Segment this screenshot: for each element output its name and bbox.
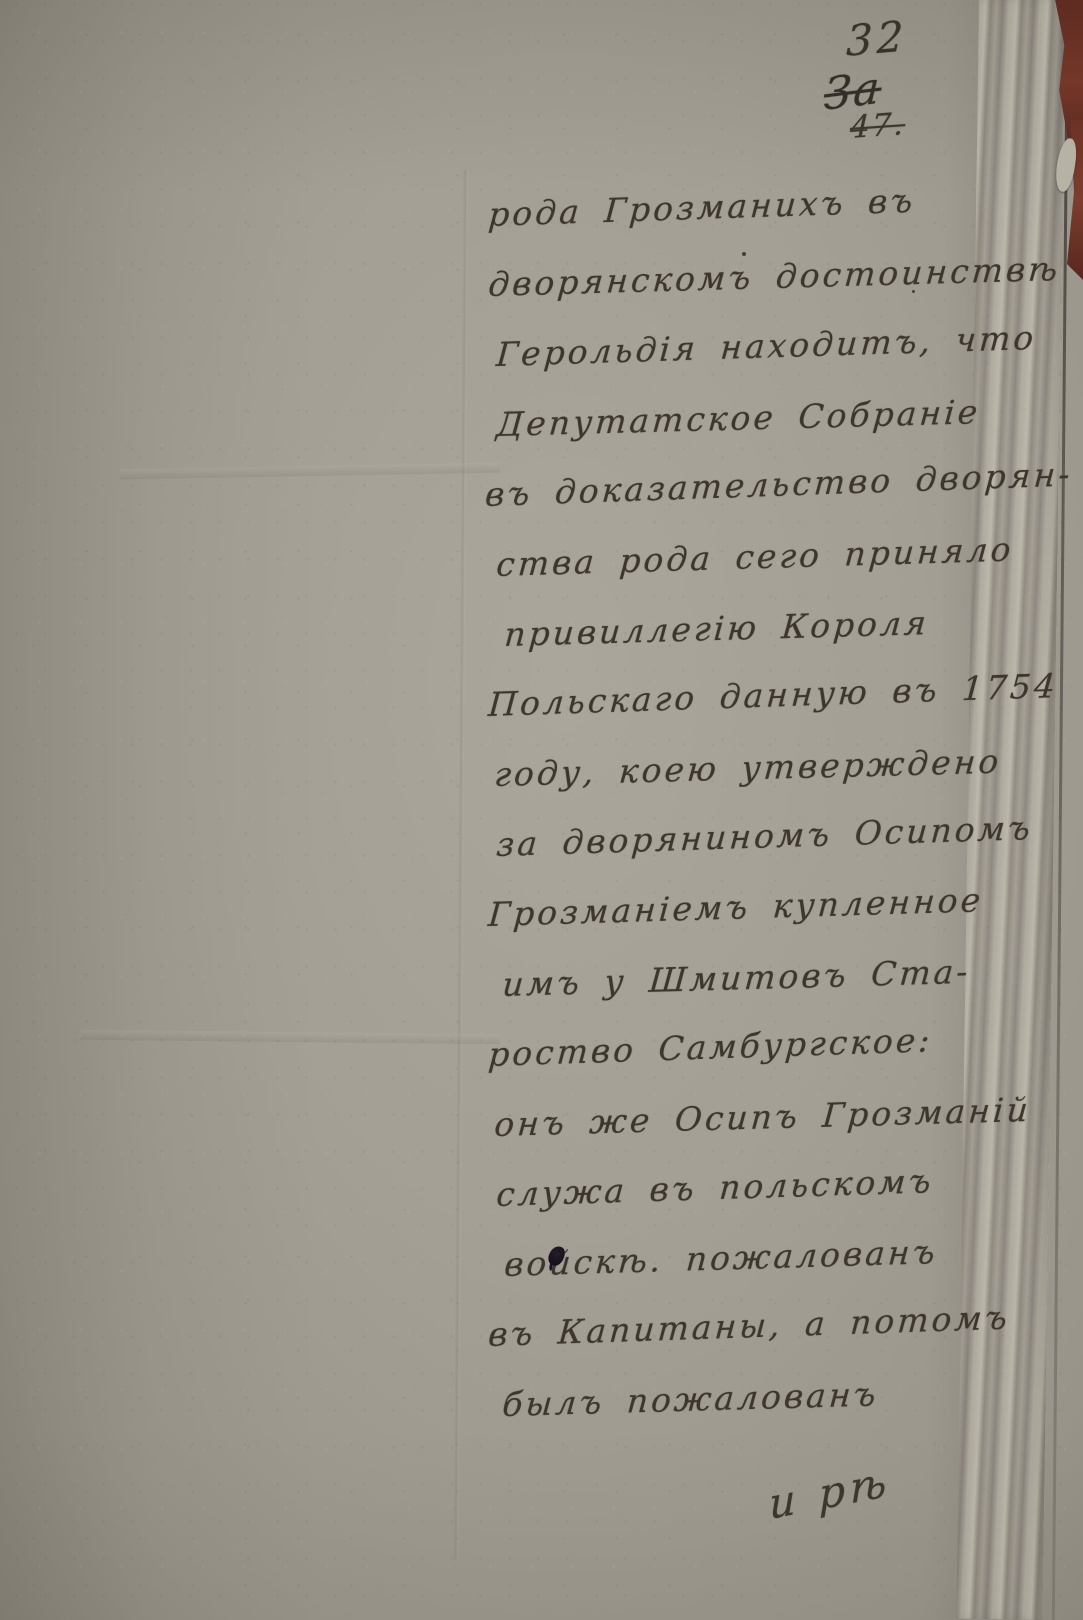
manuscript-line-17: въ Капитаны, а потомъ [487,1298,1011,1354]
manuscript-line-10: за дворяниномъ Осипомъ [495,808,1034,864]
horizontal-crease-upper [120,463,500,480]
left-shading [0,0,1083,1620]
book-cover-edge-top [1049,0,1083,150]
manuscript-line-2: дворянскомъ достоинствѣ [487,249,1062,304]
manuscript-line-5: въ доказательство дворян- [484,454,1074,514]
manuscript-line-15: служа въ польскомъ [495,1161,935,1214]
manuscript-photo: 32 За 47. рода Грозманихъ въдворянскомъ … [0,0,1083,1620]
page-edge-line [1052,0,1069,1620]
manuscript-line-7: привиллегію Короля [503,603,931,654]
ink-speck-2 [912,290,915,293]
torn-paper-fragment [1053,137,1078,193]
paper-texture [0,0,1083,1620]
manuscript-line-9: году, коею утверждено [493,742,1003,794]
book-cover-edge-sliver [1063,120,1083,280]
vertical-fold-crease [453,170,469,1560]
manuscript-line-8: Польскаго данную въ 1754 [487,666,1059,724]
top-shading [0,0,1083,1620]
manuscript-line-11: Грозманіемъ купленное [487,880,985,934]
catchword: и рѣ [769,1456,892,1529]
manuscript-line-16: войскѣ. пожалованъ [503,1232,939,1284]
manuscript-line-4: Депутатское Собраніе [495,392,982,444]
folio-number: 32 [846,11,908,66]
manuscript-line-13: роство Самбургское: [487,1020,934,1074]
manuscript-line-14: онъ же Осипъ Грозманій [493,1090,1032,1144]
secondary-folio-number: 47. [849,106,905,146]
ink-speck-1 [742,252,746,256]
horizontal-crease-lower [80,1030,500,1044]
manuscript-line-6: ства рода сего приняло [495,530,1015,584]
manuscript-line-18: былъ пожалованъ [501,1374,880,1424]
manuscript-line-3: Герольдія находитъ, что [495,318,1038,374]
manuscript-line-1: рода Грозманихъ въ [487,181,917,234]
manuscript-line-12: имъ у Шмитовъ Ста- [501,952,972,1004]
